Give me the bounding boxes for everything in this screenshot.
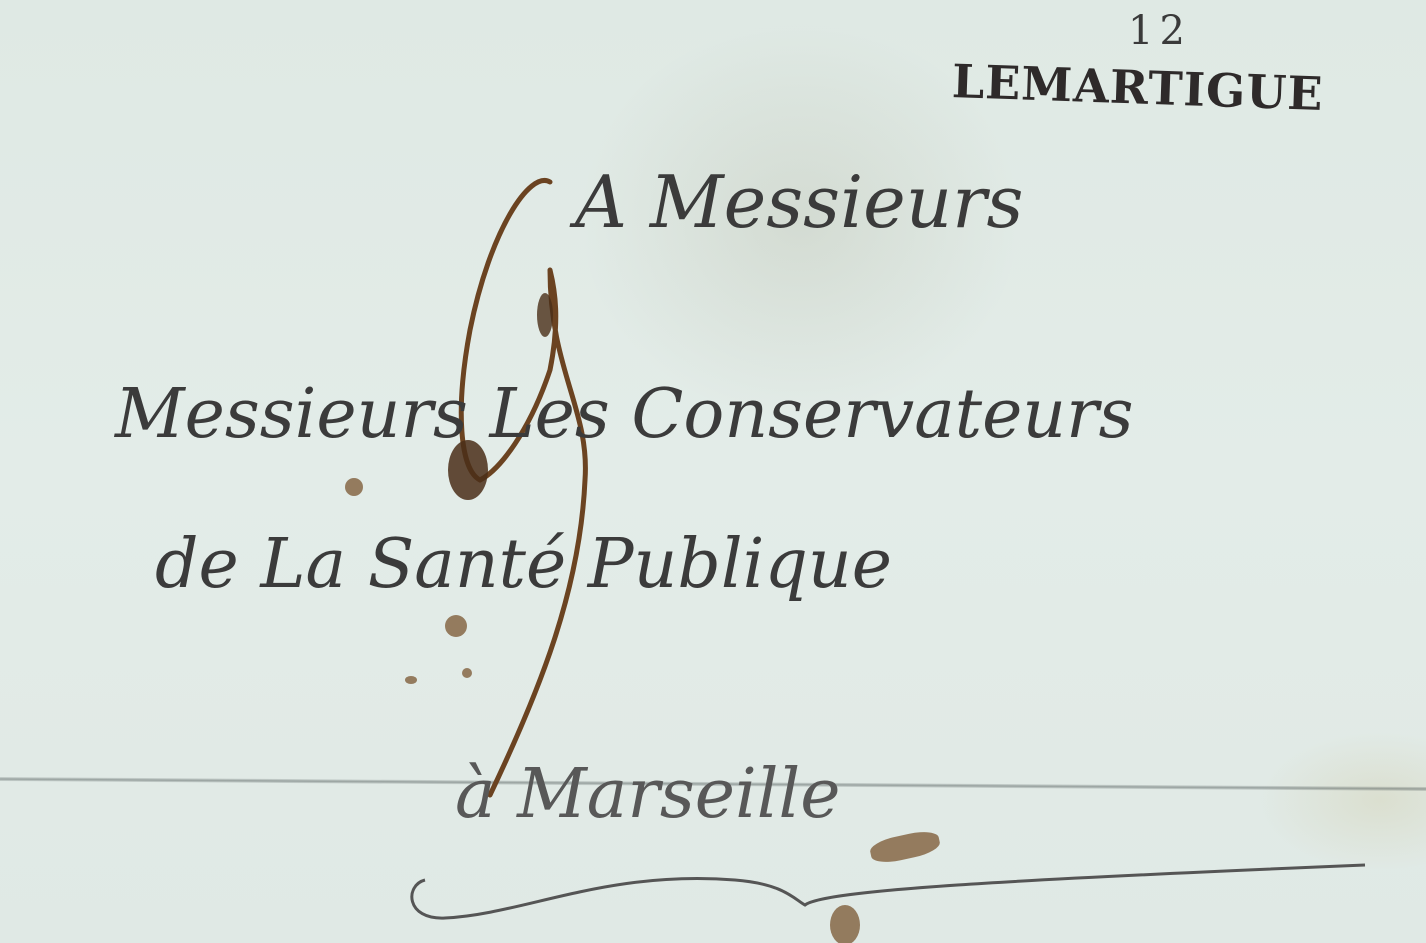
ink-blot: [462, 668, 472, 678]
ink-blot: [445, 615, 467, 637]
letter-cover: 12 LEMARTIGUE A Messieurs Messieurs Les …: [0, 0, 1426, 943]
underline-flourish: [405, 850, 1405, 930]
rate-marking-9: [440, 170, 620, 810]
address-line-3: de La Santé Publique: [155, 525, 892, 604]
ink-blot: [405, 676, 417, 684]
address-line-4: à Marseille: [455, 755, 840, 834]
postmark-town: LEMARTIGUE: [951, 54, 1324, 121]
postmark-number: 12: [1128, 8, 1191, 54]
address-line-1: A Messieurs: [575, 160, 1024, 244]
ink-blot: [345, 478, 363, 496]
address-line-2: Messieurs Les Conservateurs: [115, 375, 1134, 454]
